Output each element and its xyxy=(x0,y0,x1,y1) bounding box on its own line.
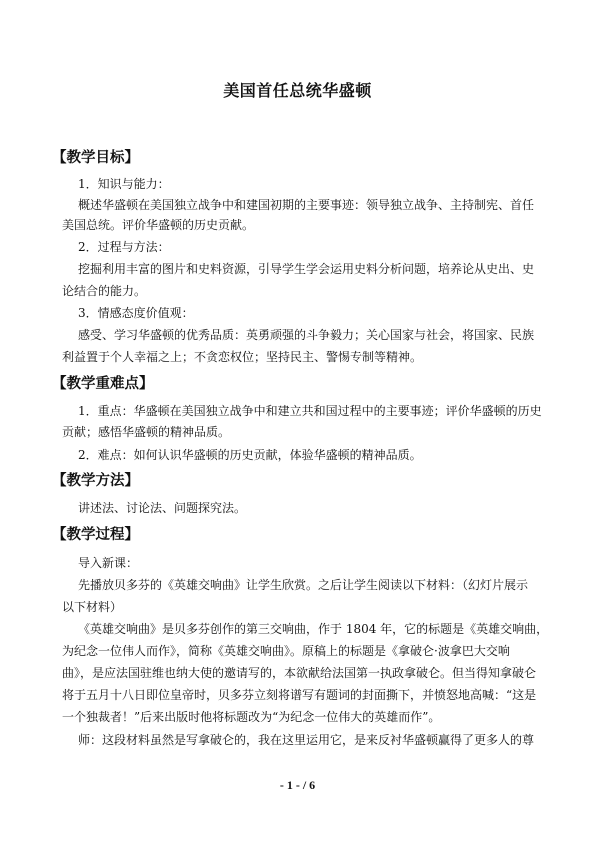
text-line: 2．过程与方法： xyxy=(78,240,558,254)
text-line: 利益置于个人幸福之上；不贪恋权位；坚持民主、警惕专制等精神。 xyxy=(62,350,542,364)
text-line: 贡献；感悟华盛顿的精神品质。 xyxy=(62,425,542,439)
text-line: 导入新课： xyxy=(78,556,558,570)
section-heading-key-points: 【教学重难点】 xyxy=(52,372,154,393)
section-heading-process: 【教学过程】 xyxy=(52,523,139,544)
page-title: 美国首任总统华盛顿 xyxy=(0,78,595,101)
text-line: 感受、学习华盛顿的优秀品质：英勇顽强的斗争毅力；关心国家与社会，将国家、民族 xyxy=(78,328,558,342)
text-line: 3．情感态度价值观： xyxy=(78,306,558,320)
text-line: 讲述法、讨论法、问题探究法。 xyxy=(78,501,558,515)
text-line: 挖掘利用丰富的图片和史料资源，引导学生学会运用史料分析问题，培养论从史出、史 xyxy=(78,262,558,276)
section-heading-teaching-goals: 【教学目标】 xyxy=(52,146,139,167)
text-line: 师：这段材料虽然是写拿破仑的，我在这里运用它，是来反衬华盛顿赢得了更多人的尊 xyxy=(78,733,558,747)
page-number: - 1 - / 6 xyxy=(0,778,595,793)
text-line: 一个独裁者！”后来出版时他将标题改为“为纪念一位伟大的英雄而作”。 xyxy=(62,710,542,724)
document-page: 美国首任总统华盛顿 【教学目标】 1．知识与能力： 概述华盛顿在美国独立战争中和… xyxy=(0,0,595,841)
text-line: 1．知识与能力： xyxy=(78,177,558,191)
text-line: 美国总统。评价华盛顿的历史贡献。 xyxy=(62,218,542,232)
text-line: 先播放贝多芬的《英雄交响曲》让学生欣赏。之后让学生阅读以下材料：（幻灯片展示 xyxy=(78,578,558,592)
text-line: 曲》，是应法国驻维也纳大使的邀请写的，本欲献给法国第一执政拿破仑。但当得知拿破仑 xyxy=(62,666,542,680)
text-line: 概述华盛顿在美国独立战争中和建国初期的主要事迹：领导独立战争、主持制宪、首任 xyxy=(78,198,558,212)
section-heading-methods: 【教学方法】 xyxy=(52,469,139,490)
text-line: 为纪念一位伟人而作》，简称《英雄交响曲》。原稿上的标题是《拿破仑·波拿巴大交响 xyxy=(62,644,542,658)
text-line: 1．重点：华盛顿在美国独立战争中和建立共和国过程中的主要事迹；评价华盛顿的历史 xyxy=(78,404,558,418)
text-line: 以下材料） xyxy=(62,600,542,614)
text-line: 将于五月十八日即位皇帝时，贝多芬立刻将谱写有题词的封面撕下，并愤怒地高喊：“这是 xyxy=(62,688,542,702)
text-line: 《英雄交响曲》是贝多芬创作的第三交响曲，作于 1804 年，它的标题是《英雄交响… xyxy=(78,622,558,636)
text-line: 论结合的能力。 xyxy=(62,284,542,298)
text-line: 2．难点：如何认识华盛顿的历史贡献，体验华盛顿的精神品质。 xyxy=(78,448,558,462)
